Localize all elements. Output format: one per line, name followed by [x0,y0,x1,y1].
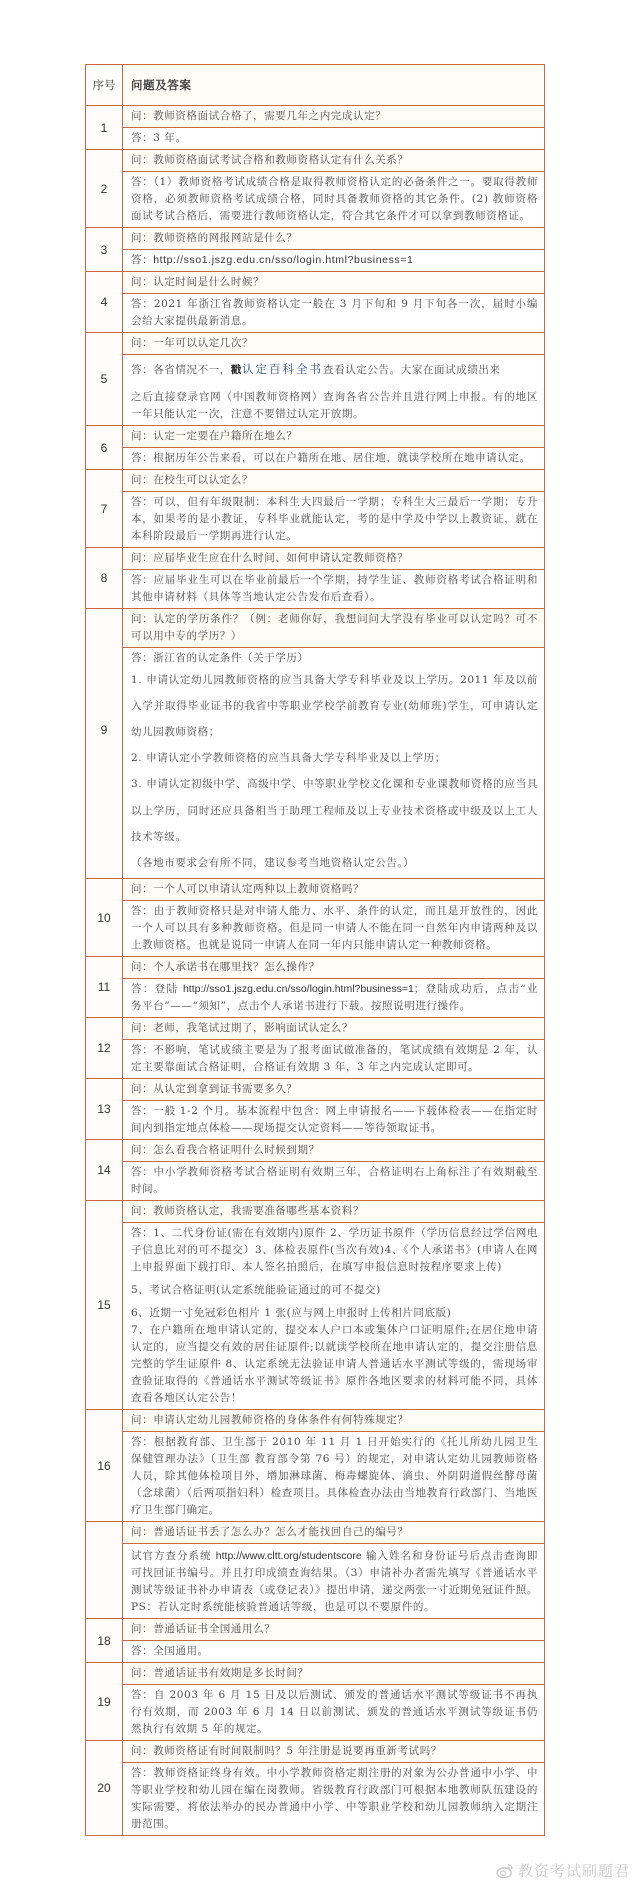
question-cell: 问：一年可以认定几次？ [123,333,545,355]
table-row: 17 问：普通话证书丢了怎么办？怎么才能找回自己的编号？ [86,1522,545,1544]
question-cell: 问：应届毕业生应在什么时间、如何申请认定教师资格？ [123,548,545,570]
table-row: 2 问：教师资格面试考试合格和教师资格认定有什么关系？ [86,150,545,172]
answer-cell: 答：可以，但有年级限制：本科生大四最后一学期；专科生大三最后一学期；专升本，如果… [123,492,545,548]
header-num-cell: 序号 [86,65,123,106]
question-cell: 问：认定时间是什么时候？ [123,272,545,294]
row-number: 18 [86,1619,123,1663]
answer-text: 查看认定公告。大家在面试成绩出来 [323,364,501,376]
answer-part: 答：1、二代身份证(需在有效期内)原件 2、学历证书原件（学历信息经过学信网电子… [131,1225,538,1276]
answer-cell: 答：应届毕业生可以在毕业前最后一个学期，持学生证、教师资格考试合格证明和其他申请… [123,570,545,609]
table-row: 1 问：教师资格面试合格了，需要几年之内完成认定？ [86,106,545,128]
watermark-text: 教资考试刷题君 [518,1860,630,1881]
table-row: 11 问：个人承诺书在哪里找？怎么操作？ [86,957,545,979]
row-number: 15 [86,1201,123,1410]
row-number: 7 [86,470,123,548]
row-number: 3 [86,228,123,272]
table-header-row: 序号 问题及答案 [86,65,545,106]
row-number-empty [86,796,123,879]
table-row-continued: 以上学历，同时还应具备相当于助理工程师及以上专业技术资格或中级及以上工人技术等级… [86,796,545,879]
table-row: 15 问：教师资格认定，我需要准备哪些基本资料？ [86,1201,545,1223]
question-cell: 问：教师资格面试合格了，需要几年之内完成认定？ [123,106,545,128]
row-number: 6 [86,426,123,470]
table-segment-2: 以上学历，同时还应具备相当于助理工程师及以上专业技术资格或中级及以上工人技术等级… [85,796,545,1600]
table-row: 9 问：认定的学历条件？（例：老师你好，我想问问大学没有毕业可以认定吗？可不可以… [86,609,545,648]
poke-icon: 戳 [231,364,242,376]
row-number: 4 [86,272,123,333]
table-row: 3 问：教师资格的网报网站是什么？ [86,228,545,250]
answer-cell: 试官方查分系统 http://www.cltt.org/studentscore… [123,1546,545,1619]
question-cell: 问：在校生可以认定么？ [123,470,545,492]
row-number: 14 [86,1140,123,1201]
answer-cell: 答：一般 1-2 个月。基本流程中包含：网上申请报名——下载体检表——在指定时间… [123,1101,545,1140]
answer-text: 之后直接登录官网（中国教师资格网）查询各省公告并且进行网上申报。有的地区一年只能… [131,389,538,423]
row-number-empty [86,1546,123,1619]
answer-cell: 答：根据教育部、卫生部于 2010 年 11 月 1 日开始实行的《托儿所幼儿园… [123,1432,545,1522]
table-row: 20 问：教师资格证有时间限制吗？5 年注册是说要再重新考试吗？ [86,1741,545,1763]
answer-cell: 答：1、二代身份证(需在有效期内)原件 2、学历证书原件（学历信息经过学信网电子… [123,1223,545,1410]
question-cell: 问：一个人可以申请认定两种以上教师资格吗？ [123,879,545,901]
question-cell: 问：普通话证书丢了怎么办？怎么才能找回自己的编号？ [123,1522,545,1544]
table-row: 6 问：认定一定要在户籍所在地么？ [86,426,545,448]
row-number: 5 [86,333,123,426]
answer-cell: 答：不影响，笔试成绩主要是为了报考面试做准备的，笔试成绩有效期是 2 年，认定主… [123,1040,545,1079]
url-link[interactable]: http://sso1.jszg.edu.cn/sso/login.html?b… [183,983,414,995]
answer-cell: 答：自 2003 年 6 月 15 日及以后测试、颁发的普通话水平测试等级证书不… [123,1685,545,1741]
url-link[interactable]: http://www.cltt.org/studentscore [216,1550,362,1562]
answer-cell: 答：2021 年浙江省教师资格认定一般在 3 月下旬和 9 月下旬各一次，届时小… [123,294,545,333]
answer-cell: 答：根据历年公告来看，可以在户籍所在地、居住地、就读学校所在地申请认定。 [123,448,545,470]
row-number: 8 [86,548,123,609]
table-row: 4 问：认定时间是什么时候？ [86,272,545,294]
answer-cell: 以上学历，同时还应具备相当于助理工程师及以上专业技术资格或中级及以上工人技术等级… [123,796,545,879]
table-row: 13 问：从认定到拿到证书需要多久？ [86,1079,545,1101]
question-cell: 问：老师，我笔试过期了，影响面试认定么？ [123,1018,545,1040]
question-cell: 问：教师资格认定，我需要准备哪些基本资料？ [123,1201,545,1223]
table-segment-3: 试官方查分系统 http://www.cltt.org/studentscore… [85,1546,545,1836]
answer-note: （各地市要求会有所不同，建议参考当地资格认定公告。） [131,850,538,876]
answer-cell: 答：各省情况不一，戳认定百科全书查看认定公告。大家在面试成绩出来 之后直接登录官… [123,355,545,426]
question-cell: 问：认定一定要在户籍所在地么？ [123,426,545,448]
question-cell: 问：从认定到拿到证书需要多久？ [123,1079,545,1101]
answer-part: 6、近期一寸免冠彩色相片 1 张(应与网上申报时上传相片同底版) [131,1305,538,1322]
table-segment-1: 序号 问题及答案 1 问：教师资格面试合格了，需要几年之内完成认定？ 答：3 年… [85,64,545,852]
answer-text: 以上学历，同时还应具备相当于助理工程师及以上专业技术资格或中级及以上工人技术等级… [131,798,538,850]
answer-part: 5、考试合格证明(认定系统能验证通过的可不提交) [131,1282,538,1299]
row-number: 20 [86,1741,123,1836]
row-number: 2 [86,150,123,228]
table-row: 10 问：一个人可以申请认定两种以上教师资格吗？ [86,879,545,901]
answer-cell: 答：全国通用。 [123,1641,545,1663]
question-cell: 问：教师资格面试考试合格和教师资格认定有什么关系？ [123,150,545,172]
answer-cell: 答：3 年。 [123,128,545,150]
faq-table-continued: 以上学历，同时还应具备相当于助理工程师及以上专业技术资格或中级及以上工人技术等级… [85,796,545,1600]
faq-table-continued-2: 试官方查分系统 http://www.cltt.org/studentscore… [85,1546,545,1836]
question-cell: 问：普通话证书有效期是多长时间？ [123,1663,545,1685]
row-number: 13 [86,1079,123,1140]
table-row: 16 问：申请认定幼儿园教师资格的身体条件有何特殊规定？ [86,1410,545,1432]
table-row: 7 问：在校生可以认定么？ [86,470,545,492]
weibo-icon [496,1863,514,1879]
table-row: 18 问：普通话证书全国通用么？ [86,1619,545,1641]
table-row: 5 问：一年可以认定几次？ [86,333,545,355]
answer-cell: 答：http://sso1.jszg.edu.cn/sso/login.html… [123,250,545,272]
question-cell: 问：怎么看我合格证明什么时候到期？ [123,1140,545,1162]
answer-cell: 答：由于教师资格只是对申请人能力、水平、条件的认定，而且是开放性的，因此一个人可… [123,901,545,957]
question-cell: 问：教师资格证有时间限制吗？5 年注册是说要再重新考试吗？ [123,1741,545,1763]
row-number: 12 [86,1018,123,1079]
row-number: 19 [86,1663,123,1741]
question-cell: 问：个人承诺书在哪里找？怎么操作？ [123,957,545,979]
answer-intro: 答：浙江省的认定条件（关于学历） [131,650,538,667]
question-cell: 问：认定的学历条件？（例：老师你好，我想问问大学没有毕业可以认定吗？可不可以用中… [123,609,545,648]
row-number: 16 [86,1410,123,1522]
table-row: 14 问：怎么看我合格证明什么时候到期？ [86,1140,545,1162]
answer-line: 答：各省情况不一，戳认定百科全书查看认定公告。大家在面试成绩出来 [131,357,538,383]
table-row: 8 问：应届毕业生应在什么时间、如何申请认定教师资格？ [86,548,545,570]
answer-cell: 答：中小学教师资格考试合格证明有效期三年，合格证明右上角标注了有效期截至时间。 [123,1162,545,1201]
row-number: 10 [86,879,123,957]
question-cell: 问：申请认定幼儿园教师资格的身体条件有何特殊规定？ [123,1410,545,1432]
row-number: 1 [86,106,123,150]
table-row: 19 问：普通话证书有效期是多长时间？ [86,1663,545,1685]
header-content-cell: 问题及答案 [123,65,545,106]
answer-part: 7、在户籍所在地申请认定的，提交本人户口本或集体户口证明原件;在居住地申请认定的… [131,1322,538,1407]
answer-cell: 答：登陆 http://sso1.jszg.edu.cn/sso/login.h… [123,979,545,1018]
answer-cell: 答：（1）教师资格考试成绩合格是取得教师资格认定的必备条件之一。要取得教师资格，… [123,172,545,228]
answer-text: 答：各省情况不一， [131,364,231,376]
row-number: 11 [86,957,123,1018]
brand-link[interactable]: 认定百科全书 [242,364,323,376]
question-cell: 问：普通话证书全国通用么？ [123,1619,545,1641]
table-row-continued: 试官方查分系统 http://www.cltt.org/studentscore… [86,1546,545,1619]
answer-item: 2. 申请认定小学教师资格的应当具备大学专科毕业及以上学历； [131,745,538,771]
faq-table: 序号 问题及答案 1 问：教师资格面试合格了，需要几年之内完成认定？ 答：3 年… [85,64,545,852]
watermark: 教资考试刷题君 [496,1860,630,1881]
answer-text: 试官方查分系统 [131,1550,216,1562]
answer-item: 1. 申请认定幼儿园教师资格的应当具备大学专科毕业及以上学历。2011 年及以前… [131,667,538,745]
answer-cell: 答：教师资格证终身有效。中小学教师资格定期注册的对象为公办普通中小学、中等职业学… [123,1763,545,1836]
answer-text: 答：登陆 [131,983,183,995]
table-row: 12 问：老师，我笔试过期了，影响面试认定么？ [86,1018,545,1040]
question-cell: 问：教师资格的网报网站是什么？ [123,228,545,250]
